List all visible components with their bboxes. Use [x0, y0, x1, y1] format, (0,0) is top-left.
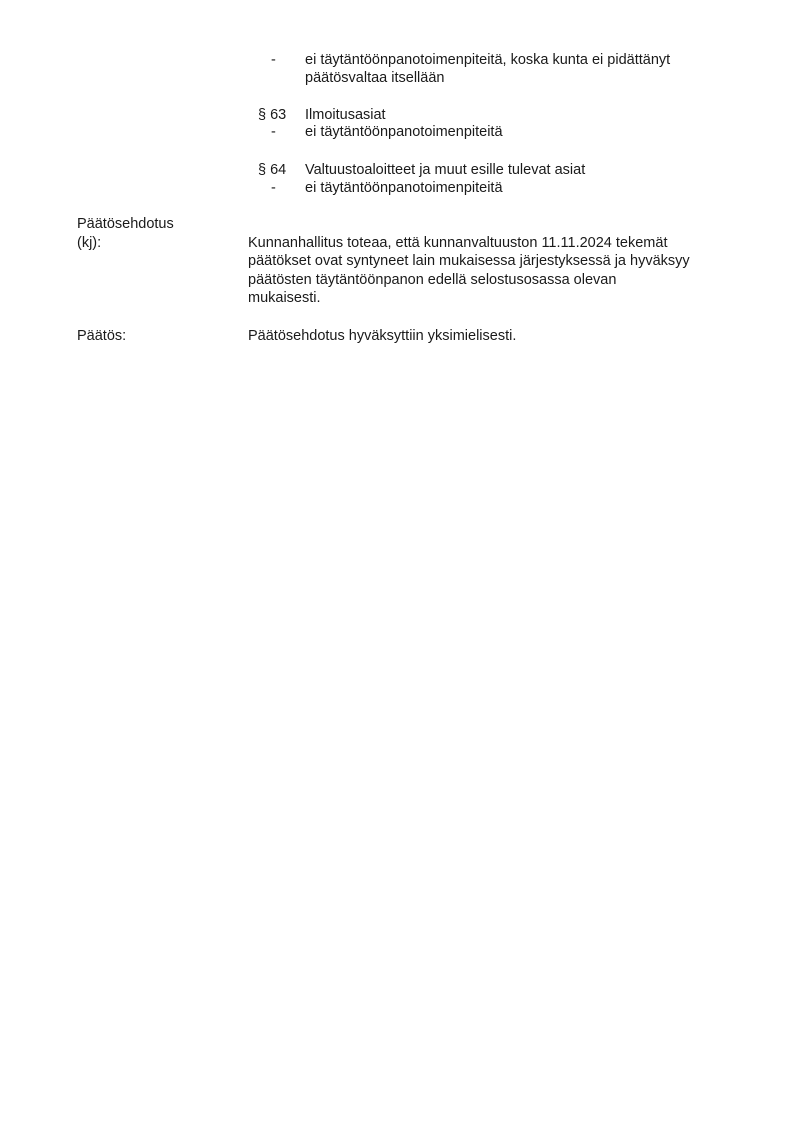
section-title: Ilmoitusasiat [305, 106, 386, 124]
section-title: Valtuustoaloitteet ja muut esille tuleva… [305, 161, 585, 179]
bullet-text: ei täytäntöönpanotoimenpiteitä [305, 123, 503, 141]
decision-label: Päätös: [77, 327, 126, 345]
bullet-text: päätösvaltaa itsellään [305, 69, 444, 87]
bullet-dash: - [271, 123, 276, 141]
bullet-text: ei täytäntöönpanotoimenpiteitä, koska ku… [305, 51, 670, 69]
proposal-label: Päätösehdotus [77, 215, 174, 233]
document-page: - ei täytäntöönpanotoimenpiteitä, koska … [0, 0, 794, 1122]
proposal-label-sub: (kj): [77, 234, 101, 252]
section-number: § 64 [258, 161, 286, 179]
bullet-text: ei täytäntöönpanotoimenpiteitä [305, 179, 503, 197]
section-number: § 63 [258, 106, 286, 124]
bullet-dash: - [271, 179, 276, 197]
proposal-text: päätösten täytäntöönpanon edellä selostu… [248, 271, 616, 289]
decision-text: Päätösehdotus hyväksyttiin yksimielisest… [248, 327, 516, 345]
proposal-text: Kunnanhallitus toteaa, että kunnanvaltuu… [248, 234, 667, 252]
bullet-dash: - [271, 51, 276, 69]
proposal-text: päätökset ovat syntyneet lain mukaisessa… [248, 252, 690, 270]
proposal-text: mukaisesti. [248, 289, 321, 307]
